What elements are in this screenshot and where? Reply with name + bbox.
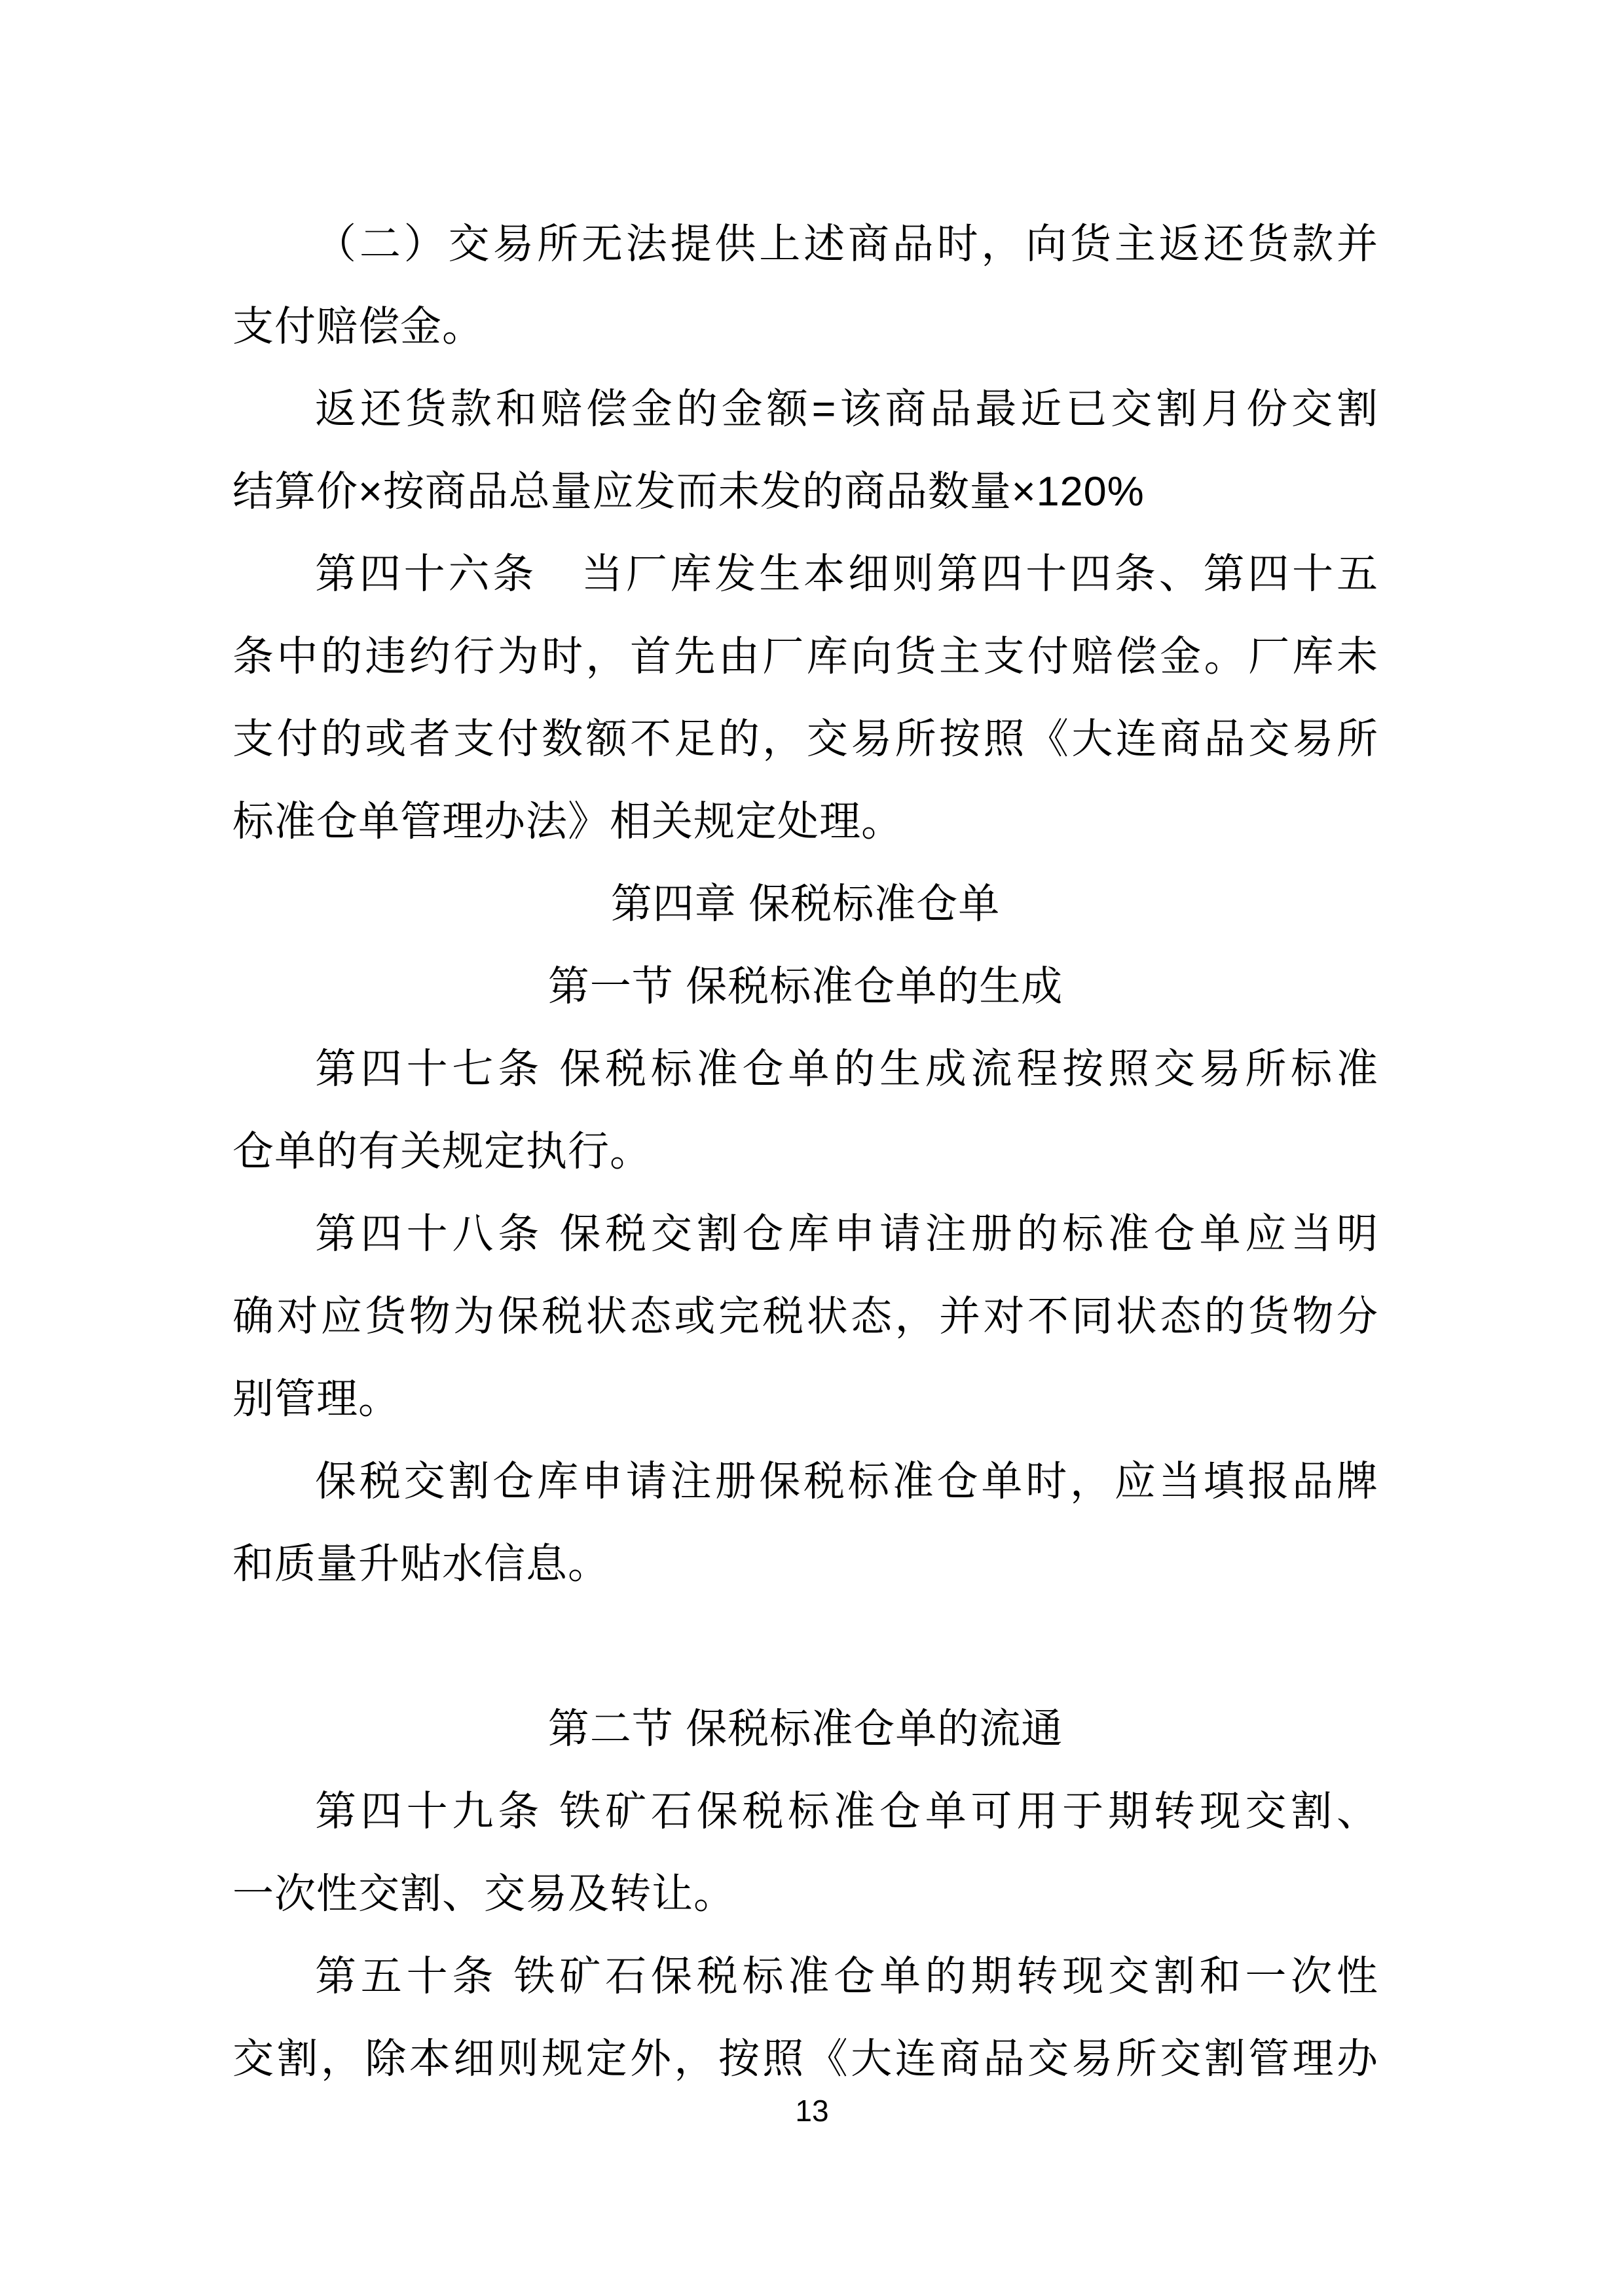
paragraph-line: 保税交割仓库申请注册保税标准仓单时，应当填报品牌 — [232, 1440, 1378, 1523]
document-body: （二）交易所无法提供上述商品时，向货主返还货款并 支付赔偿金。 返还货款和赔偿金… — [232, 203, 1378, 2100]
paragraph-line: 支付赔偿金。 — [232, 285, 1378, 368]
paragraph-line: 条中的违约行为时，首先由厂库向货主支付赔偿金。厂库未 — [232, 615, 1378, 698]
paragraph-line: 交割，除本细则规定外，按照《大连商品交易所交割管理办 — [232, 2018, 1378, 2100]
paragraph-line: 仓单的有关规定执行。 — [232, 1110, 1378, 1193]
chapter-heading: 第四章 保税标准仓单 — [232, 863, 1378, 945]
paragraph-line: 第四十九条 铁矿石保税标准仓单可用于期转现交割、 — [232, 1770, 1378, 1853]
paragraph-line: 别管理。 — [232, 1358, 1378, 1440]
paragraph-line: 和质量升贴水信息。 — [232, 1523, 1378, 1605]
paragraph-line: 一次性交割、交易及转让。 — [232, 1853, 1378, 1935]
blank-line — [232, 1605, 1378, 1688]
paragraph-line: 标准仓单管理办法》相关规定处理。 — [232, 780, 1378, 863]
section-heading: 第二节 保税标准仓单的流通 — [232, 1688, 1378, 1770]
paragraph-line: 第四十七条 保税标准仓单的生成流程按照交易所标准 — [232, 1028, 1378, 1110]
document-page: （二）交易所无法提供上述商品时，向货主返还货款并 支付赔偿金。 返还货款和赔偿金… — [0, 0, 1624, 2296]
paragraph-line: 支付的或者支付数额不足的，交易所按照《大连商品交易所 — [232, 698, 1378, 780]
paragraph-line: 第四十六条 当厂库发生本细则第四十四条、第四十五 — [232, 533, 1378, 615]
paragraph-line: （二）交易所无法提供上述商品时，向货主返还货款并 — [232, 203, 1378, 285]
paragraph-line: 结算价×按商品总量应发而未发的商品数量×120% — [232, 450, 1378, 533]
paragraph-line: 第四十八条 保税交割仓库申请注册的标准仓单应当明 — [232, 1193, 1378, 1275]
paragraph-line: 第五十条 铁矿石保税标准仓单的期转现交割和一次性 — [232, 1935, 1378, 2018]
paragraph-line: 确对应货物为保税状态或完税状态，并对不同状态的货物分 — [232, 1275, 1378, 1358]
page-number: 13 — [0, 2092, 1624, 2129]
paragraph-line: 返还货款和赔偿金的金额=该商品最近已交割月份交割 — [232, 368, 1378, 450]
section-heading: 第一节 保税标准仓单的生成 — [232, 945, 1378, 1028]
